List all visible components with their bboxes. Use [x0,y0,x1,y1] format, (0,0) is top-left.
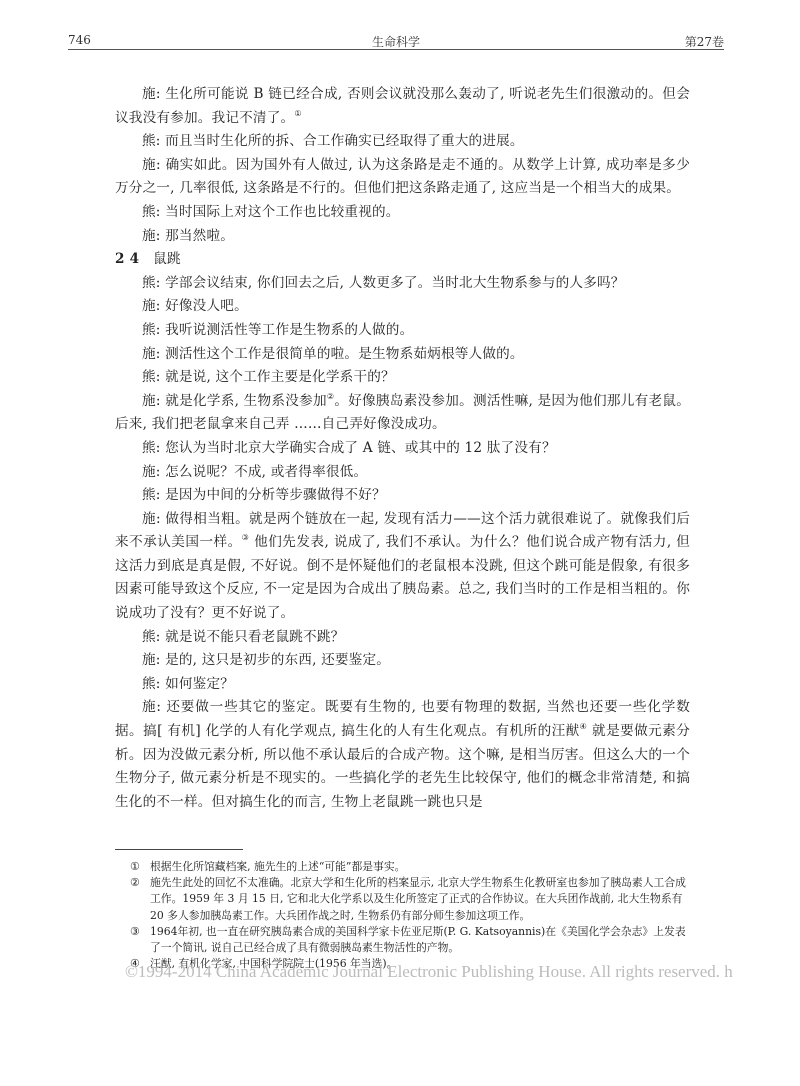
footnote-number: ② [130,875,140,891]
volume-label: 第27卷 [685,33,724,50]
footnote-number: ③ [130,924,140,940]
footnotes: ①根据生化所馆藏档案, 施先生的上述“可能”都是事实。 ②施先生此处的回忆不太准… [130,859,690,972]
article-body: 施: 生化所可能说 B 链已经合成, 否则会议就没那么轰动了, 听说老先生们很激… [115,83,690,814]
paragraph: 施: 怎么说呢？不成, 或者得率很低。 [115,461,690,485]
paragraph: 熊: 就是说, 这个工作主要是化学系干的？ [115,366,690,390]
paragraph: 施: 那当然啦。 [115,225,690,249]
paragraph: 施: 还要做一些其它的鉴定。既要有生物的, 也要有物理的数据, 当然也还要一些化… [115,696,690,814]
footnote: ③1964年初, 也一直在研究胰岛素合成的美国科学家卡佐亚尼斯(P. G. Ka… [130,924,690,956]
footnote-number: ① [130,859,140,875]
paragraph: 施: 测活性这个工作是很简单的啦。是生物系茹炳根等人做的。 [115,343,690,367]
paragraph: 熊: 我听说测活性等工作是生物系的人做的。 [115,319,690,343]
paragraph: 施: 生化所可能说 B 链已经合成, 否则会议就没那么轰动了, 听说老先生们很激… [115,83,690,130]
footnote: ①根据生化所馆藏档案, 施先生的上述“可能”都是事实。 [130,859,690,875]
footnote-divider [115,849,243,850]
footnote: ②施先生此处的回忆不太准确。北京大学和生化所的档案显示, 北京大学生物系生化教研… [130,875,690,924]
running-header: 746 生命科学 第27卷 [68,33,724,50]
paragraph: 施: 是的, 这只是初步的东西, 还要鉴定。 [115,649,690,673]
paragraph: 熊: 当时国际上对这个工作也比较重视的。 [115,201,690,225]
paragraph: 施: 就是化学系, 生物系没参加②。好像胰岛素没参加。测活性嘛, 是因为他们那儿… [115,390,690,437]
paragraph: 施: 做得相当粗。就是两个链放在一起, 发现有活力——这个活力就很难说了。就像我… [115,508,690,626]
paragraph: 熊: 学部会议结束, 你们回去之后, 人数更多了。当时北大生物系参与的人多吗？ [115,272,690,296]
paragraph: 熊: 是因为中间的分析等步骤做得不好？ [115,484,690,508]
section-heading: 2 4鼠跳 [115,248,690,272]
paragraph: 熊: 而且当时生化所的拆、合工作确实已经取得了重大的进展。 [115,130,690,154]
paragraph: 熊: 如何鉴定？ [115,673,690,697]
footnote-ref[interactable]: ① [294,109,301,118]
paragraph: 施: 确实如此。因为国外有人做过, 认为这条路是走不通的。从数学上计算, 成功率… [115,154,690,201]
section-title: 鼠跳 [153,251,181,267]
copyright-watermark: ©1994-2014 China Academic Journal Electr… [125,962,733,982]
paragraph: 施: 好像没人吧。 [115,295,690,319]
paragraph: 熊: 就是说不能只看老鼠跳不跳？ [115,626,690,650]
section-number: 2 4 [115,251,139,267]
journal-title: 生命科学 [68,33,724,50]
paragraph: 熊: 您认为当时北京大学确实合成了 A 链、或其中的 12 肽了没有？ [115,437,690,461]
